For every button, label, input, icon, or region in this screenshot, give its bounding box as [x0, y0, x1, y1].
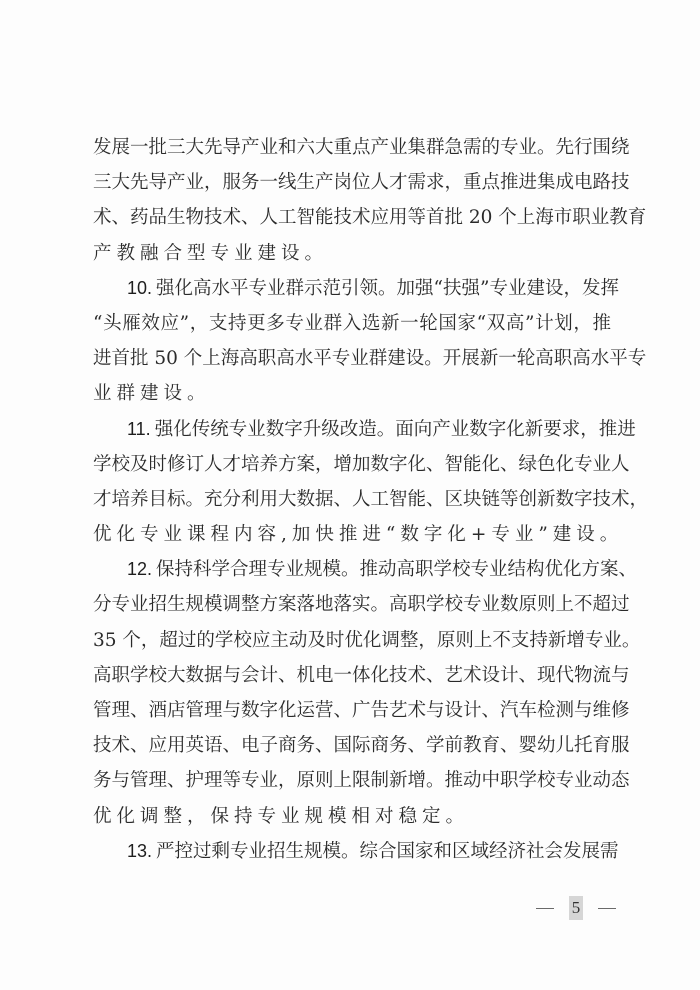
text-line: 务与管理、护理等专业，原则上限制新增。推动中职学校专业动态 — [93, 763, 611, 798]
paragraph-12: 12.保持科学合理专业规模。推动高职学校专业结构优化方案、 分专业招生规模调整方… — [93, 552, 611, 834]
text-line: 术、药品生物技术、人工智能技术应用等首批 20 个上海市职业教育 — [93, 200, 611, 235]
text-line-content: 强化传统专业数字升级改造。面向产业数字化新要求，推进 — [155, 412, 636, 447]
text-line: 35 个，超过的学校应主动及时优化调整，原则上不支持新增专业。 — [93, 623, 611, 658]
text-line-content: 严控过剩专业招生规模。综合国家和区域经济社会发展需 — [156, 834, 619, 869]
page-number: 5 — [569, 896, 584, 920]
text-line-first: 13.严控过剩专业招生规模。综合国家和区域经济社会发展需 — [93, 834, 611, 869]
text-line-first: 12.保持科学合理专业规模。推动高职学校专业结构优化方案、 — [93, 552, 611, 587]
text-line-first: 10.强化高水平专业群示范引领。加强“扶强”专业建设，发挥 — [93, 271, 611, 306]
text-line: 业群建设。 — [93, 376, 611, 411]
text-line: 高职学校大数据与会计、机电一体化技术、艺术设计、现代物流与 — [93, 658, 611, 693]
text-line-content: 保持科学合理专业规模。推动高职学校专业结构优化方案、 — [156, 552, 637, 587]
dash-left — [536, 908, 554, 909]
text-line: 才培养目标。充分利用大数据、人工智能、区块链等创新数字技术， — [93, 482, 611, 517]
body-text: 发展一批三大先导产业和六大重点产业集群急需的专业。先行围绕 三大先导产业，服务一… — [93, 130, 611, 869]
dash-right — [598, 908, 616, 909]
text-line: 分专业招生规模调整方案落地落实。高职学校专业数原则上不超过 — [93, 587, 611, 622]
item-number: 11. — [127, 412, 151, 447]
text-line-content: 强化高水平专业群示范引领。加强“扶强”专业建设，发挥 — [156, 271, 619, 306]
text-line: 发展一批三大先导产业和六大重点产业集群急需的专业。先行围绕 — [93, 130, 611, 165]
text-line: 三大先导产业，服务一线生产岗位人才需求，重点推进集成电路技 — [93, 165, 611, 200]
text-line: “头雁效应”，支持更多专业群入选新一轮国家“双高”计划，推 — [93, 306, 611, 341]
text-line: 产教融合型专业建设。 — [93, 236, 611, 271]
item-number: 10. — [127, 271, 152, 306]
text-line: 优化专业课程内容,加快推进“数字化+专业”建设。 — [93, 517, 611, 552]
item-number: 12. — [127, 552, 152, 587]
document-page: 发展一批三大先导产业和六大重点产业集群急需的专业。先行围绕 三大先导产业，服务一… — [0, 0, 700, 990]
paragraph-13: 13.严控过剩专业招生规模。综合国家和区域经济社会发展需 — [93, 834, 611, 869]
text-line: 进首批 50 个上海高职高水平专业群建设。开展新一轮高职高水平专 — [93, 341, 611, 376]
item-number: 13. — [127, 834, 152, 869]
text-line-first: 11.强化传统专业数字升级改造。面向产业数字化新要求，推进 — [93, 412, 611, 447]
text-line: 优化调整，保持专业规模相对稳定。 — [93, 799, 611, 834]
text-line: 管理、酒店管理与数字化运营、广告艺术与设计、汽车检测与维修 — [93, 693, 611, 728]
paragraph-continuation: 发展一批三大先导产业和六大重点产业集群急需的专业。先行围绕 三大先导产业，服务一… — [93, 130, 611, 271]
text-line: 学校及时修订人才培养方案，增加数字化、智能化、绿色化专业人 — [93, 447, 611, 482]
page-footer: 5 — [536, 895, 616, 921]
paragraph-11: 11.强化传统专业数字升级改造。面向产业数字化新要求，推进 学校及时修订人才培养… — [93, 412, 611, 553]
paragraph-10: 10.强化高水平专业群示范引领。加强“扶强”专业建设，发挥 “头雁效应”，支持更… — [93, 271, 611, 412]
text-line: 技术、应用英语、电子商务、国际商务、学前教育、婴幼儿托育服 — [93, 728, 611, 763]
